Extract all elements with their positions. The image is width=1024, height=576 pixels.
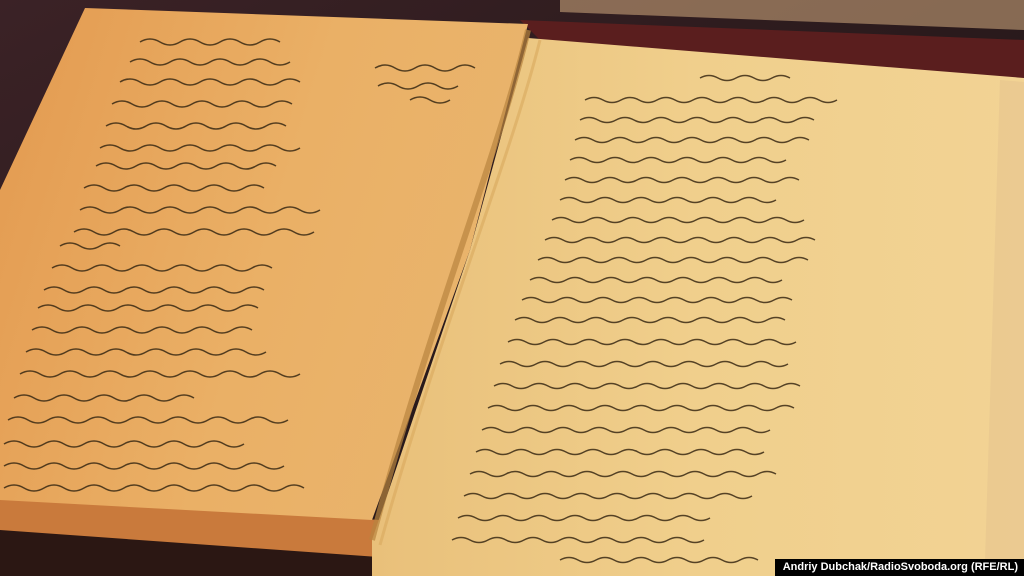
manuscript-photo — [0, 0, 1024, 576]
notebook-illustration — [0, 0, 1024, 576]
photo-credit: Andriy Dubchak/RadioSvoboda.org (RFE/RL) — [775, 559, 1024, 576]
